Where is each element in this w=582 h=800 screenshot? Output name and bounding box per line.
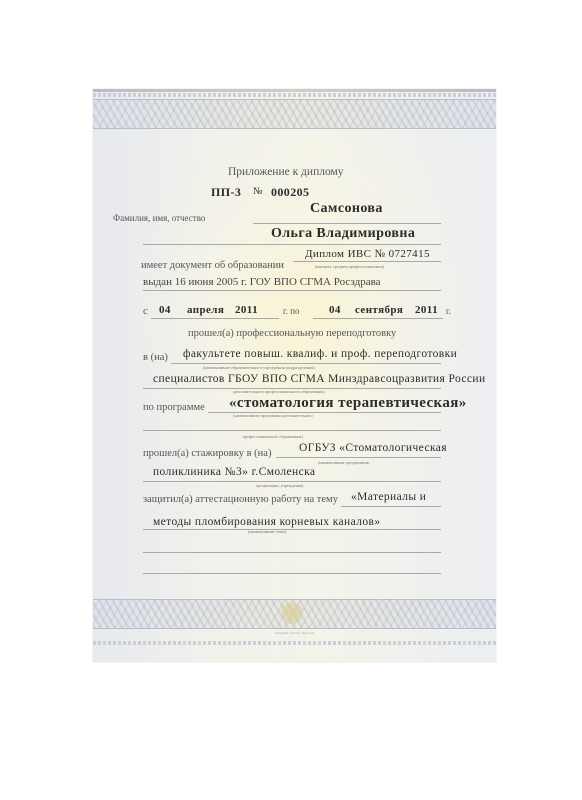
period-from-day: 04 (159, 304, 171, 316)
number-sign: № (253, 186, 263, 197)
blank-line-1 (143, 552, 441, 553)
period-from-month: апреля (187, 304, 224, 316)
fio-line-2 (143, 244, 441, 245)
period-to-year: 2011 (415, 304, 438, 316)
program-caption-2: профессионального образования) (243, 434, 303, 439)
printer-imprint: [illegible printer imprint] (93, 631, 496, 635)
program-value: «стоматология терапевтическая» (229, 395, 467, 412)
education-doc-caption: (высшем, среднем профессиональном) (315, 264, 384, 269)
period-from-suffix: г. по (283, 306, 300, 316)
issued-value: выдан 16 июня 2005 г. ГОУ ВПО СГМА Росзд… (143, 276, 381, 288)
emblem-watermark-icon (281, 602, 303, 624)
period-from-year: 2011 (235, 304, 258, 316)
internship-label: прошел(а) стажировку в (на) (143, 448, 271, 459)
thesis-line-1 (341, 506, 441, 507)
decorative-dots-top (93, 93, 496, 97)
decorative-dots-bottom (93, 641, 496, 645)
blank-line-2 (143, 573, 441, 574)
issued-line (143, 290, 441, 291)
fio-line-1 (253, 223, 441, 224)
internship-caption-2: организации, учреждения) (256, 483, 303, 488)
internship-caption-1: (наименование предприятия, (318, 460, 370, 465)
surname-value: Самсонова (310, 201, 383, 217)
institution-caption-2: дополнительного профессионального образо… (233, 389, 325, 394)
internship-value-2: поликлиника №3» г.Смоленска (153, 466, 315, 478)
internship-line-1 (276, 457, 441, 458)
internship-value-1: ОГБУЗ «Стоматологическая (299, 442, 447, 454)
education-doc-value: Диплом ИВС № 0727415 (305, 248, 430, 260)
period-to-day: 04 (329, 304, 341, 316)
institution-line-1-rule (171, 363, 441, 364)
thesis-line-2 (143, 529, 441, 530)
period-to-line (313, 318, 443, 319)
education-doc-line (293, 261, 441, 262)
period-from-prefix: с (143, 306, 148, 317)
institution-line-2: специалистов ГБОУ ВПО СГМА Минздравсоцра… (153, 373, 486, 385)
guilloche-band-top (93, 99, 496, 129)
diploma-series: ПП-3 (211, 185, 241, 200)
name-patronymic-value: Ольга Владимировна (271, 226, 415, 242)
diploma-supplement-sheet: Приложение к диплому ПП-3 № 000205 Самсо… (93, 89, 496, 662)
thesis-label: защитил(а) аттестационную работу на тему (143, 494, 338, 505)
period-from-line (151, 318, 279, 319)
thesis-caption: (наименование темы) (248, 529, 286, 534)
diploma-number: 000205 (271, 185, 309, 200)
period-to-month: сентября (355, 304, 403, 316)
program-line-2 (143, 430, 441, 431)
internship-line-2 (143, 481, 441, 482)
retraining-label: прошел(а) профессиональную переподготовк… (188, 328, 396, 339)
institution-line-1: факультете повыш. квалиф. и проф. перепо… (183, 348, 457, 360)
program-label: по программе (143, 402, 205, 413)
education-doc-label: имеет документ об образовании (141, 260, 284, 271)
thesis-value-2: методы пломбирования корневых каналов» (153, 516, 380, 528)
institution-caption-1: (наименование образовательного учреждени… (203, 365, 315, 370)
thesis-value-1: «Материалы и (351, 491, 426, 503)
institution-prefix: в (на) (143, 352, 168, 363)
document-title: Приложение к диплому (228, 166, 344, 178)
period-to-suffix: г. (446, 306, 451, 316)
program-caption-1: (наименование программы дополнительного (233, 413, 313, 418)
fio-label: Фамилия, имя, отчество (113, 213, 205, 223)
